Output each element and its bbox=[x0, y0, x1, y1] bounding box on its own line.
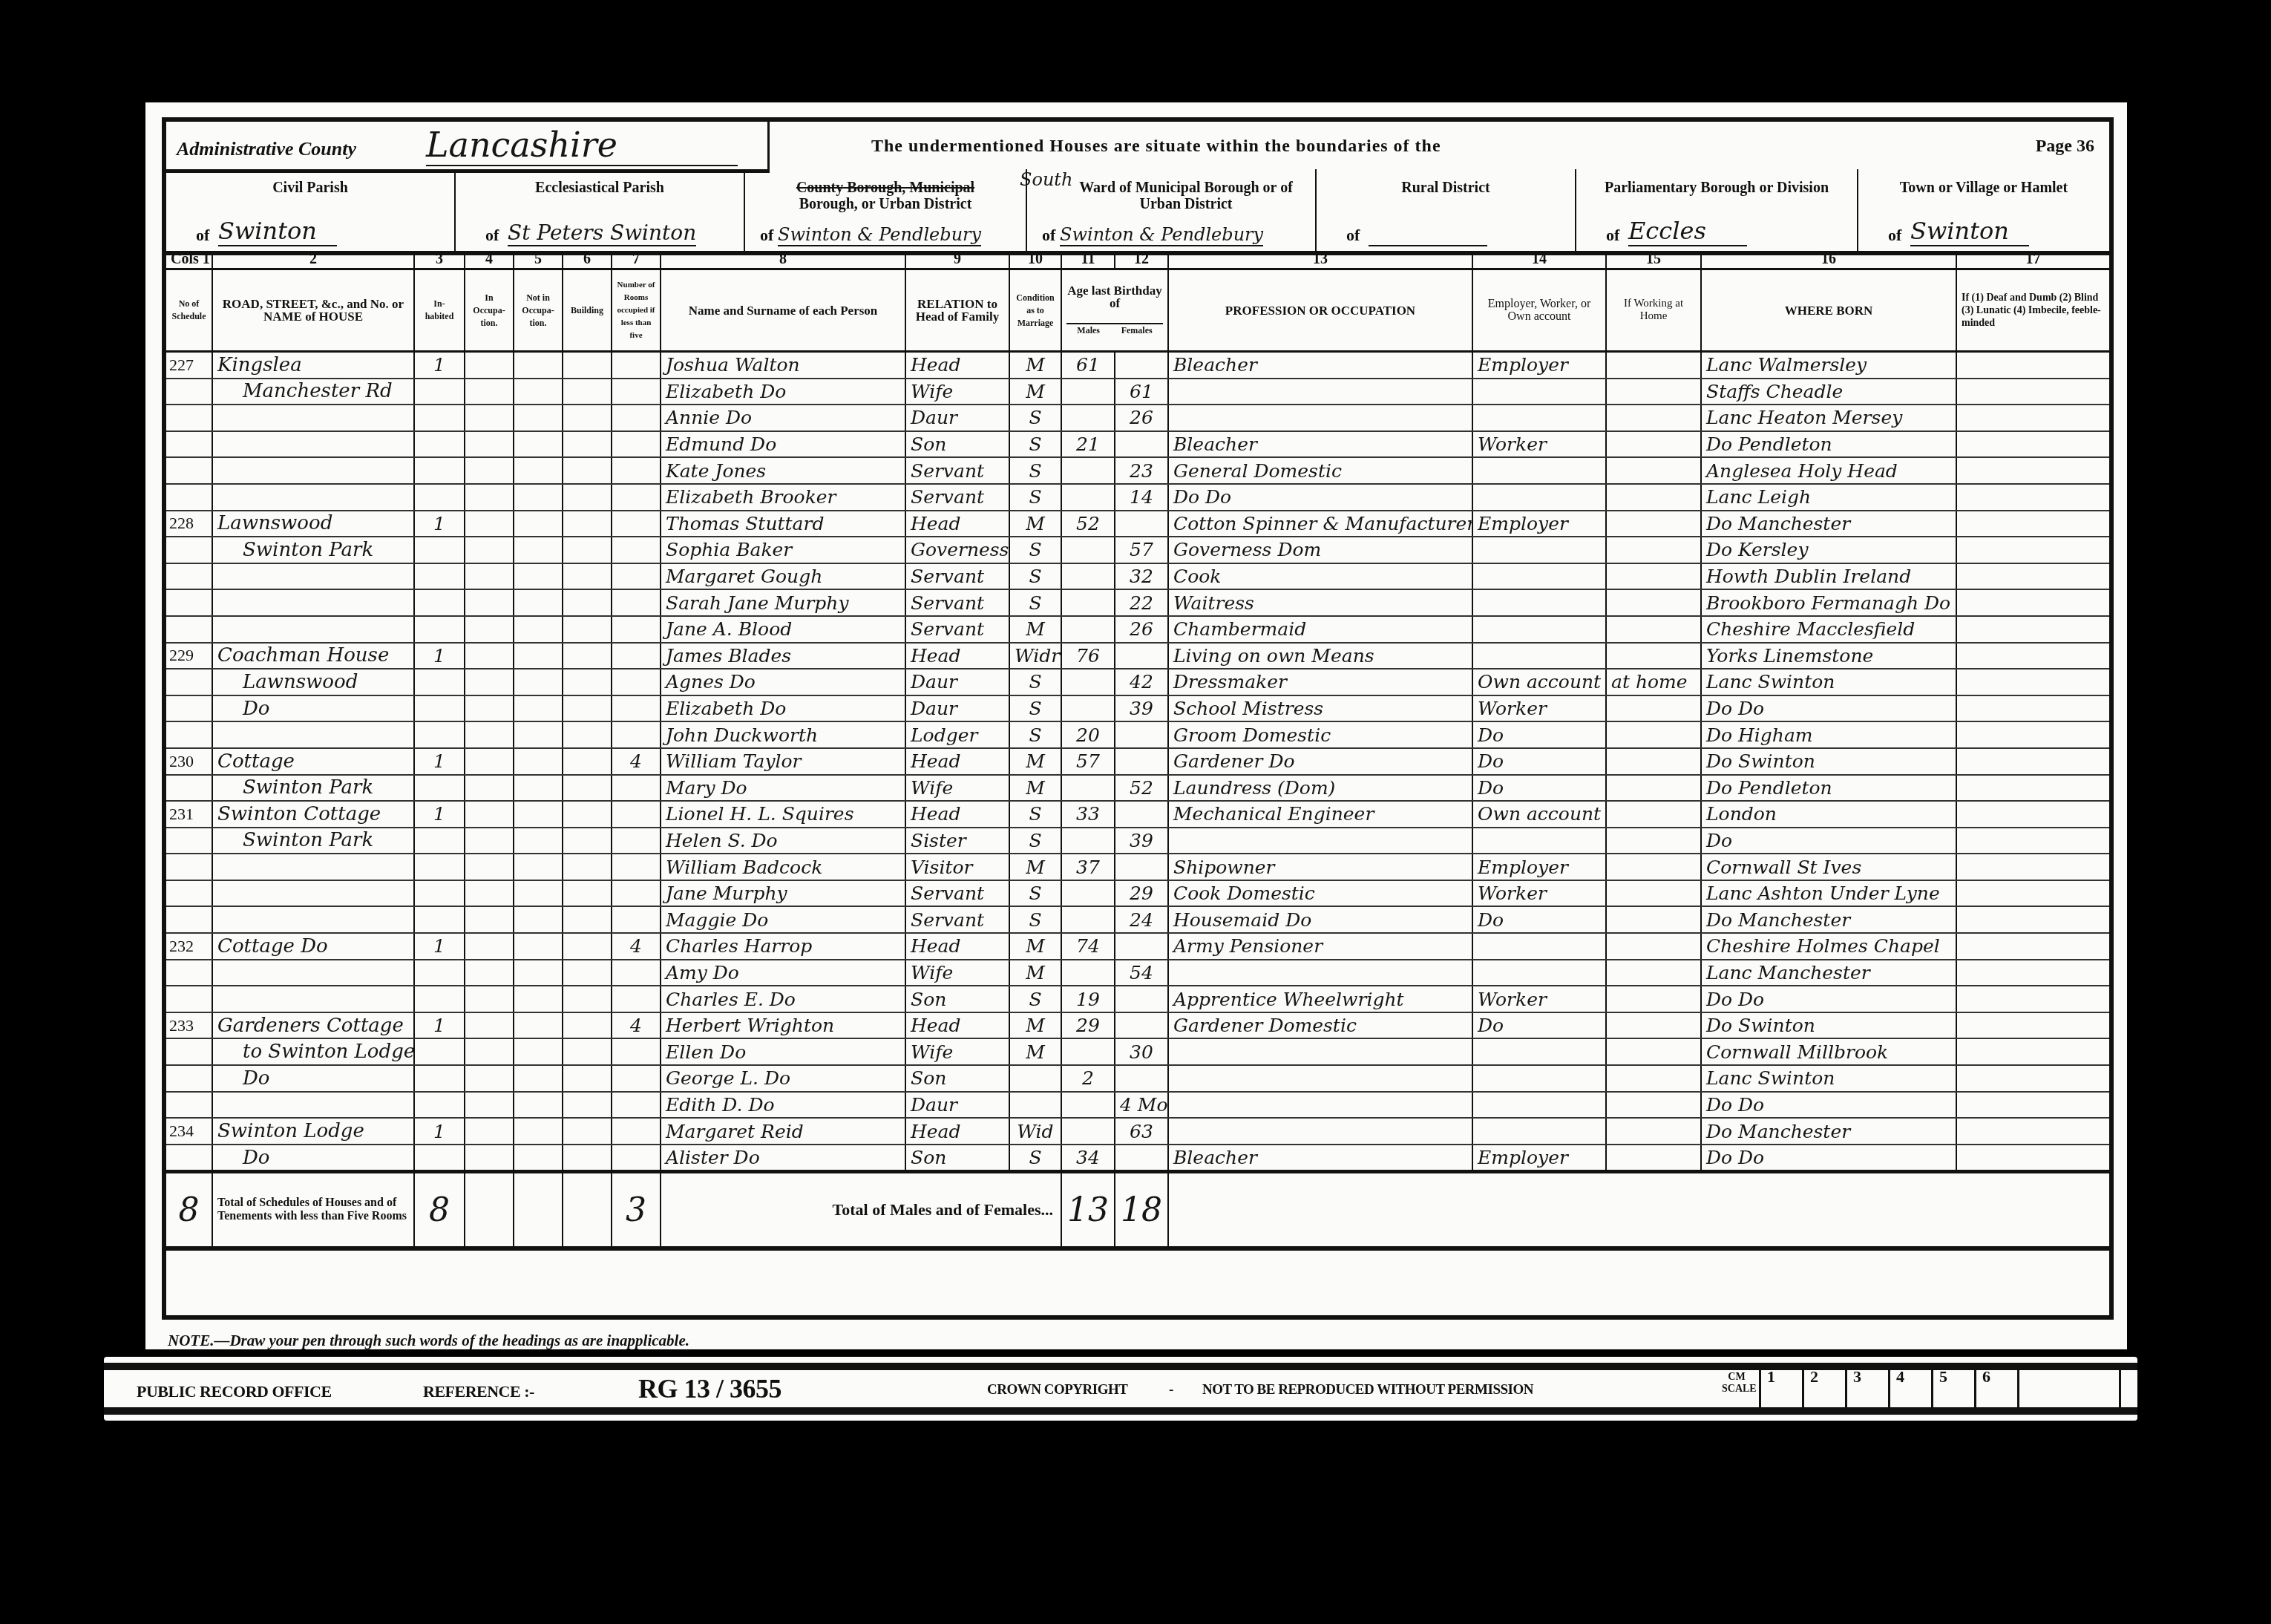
relation-cell: Son bbox=[905, 1145, 1009, 1172]
female-age-cell: 22 bbox=[1115, 589, 1168, 616]
born-cell: Lanc Heaton Mersey bbox=[1701, 405, 1956, 431]
schedule-cell bbox=[166, 775, 212, 802]
schedule-cell: 229 bbox=[166, 643, 212, 669]
male-age-cell: 29 bbox=[1061, 1012, 1115, 1039]
schedule-cell bbox=[166, 1065, 212, 1092]
employment-cell: Worker bbox=[1472, 695, 1606, 722]
empty-cell bbox=[465, 854, 514, 880]
occupation-cell: Laundress (Dom) bbox=[1168, 775, 1472, 802]
relation-cell: Servant bbox=[905, 457, 1009, 484]
address-cell: to Swinton Lodge bbox=[212, 1038, 414, 1065]
column-numbers-row: Cols 1234567891011121314151617 bbox=[166, 251, 2109, 269]
born-cell: Lanc Swinton bbox=[1701, 1065, 1956, 1092]
address-cell: Coachman House bbox=[212, 643, 414, 669]
schedule-cell bbox=[166, 616, 212, 643]
at-home-cell bbox=[1606, 405, 1701, 431]
infirmity-cell bbox=[1956, 695, 2109, 722]
employment-cell bbox=[1472, 1065, 1606, 1092]
schedule-cell bbox=[166, 431, 212, 458]
empty-cell bbox=[563, 828, 612, 854]
occupation-cell bbox=[1168, 379, 1472, 405]
empty-cell bbox=[465, 563, 514, 590]
male-age-cell bbox=[1061, 906, 1115, 933]
condition-cell: M bbox=[1009, 616, 1061, 643]
employment-cell bbox=[1472, 1118, 1606, 1145]
empty-cell bbox=[514, 828, 563, 854]
empty-cell bbox=[514, 1065, 563, 1092]
table-row: 230Cottage14William TaylorHeadM57Gardene… bbox=[166, 748, 2109, 775]
header-males: Males bbox=[1077, 324, 1100, 337]
condition-cell: M bbox=[1009, 1038, 1061, 1065]
empty-cell bbox=[465, 484, 514, 511]
male-age-cell bbox=[1061, 960, 1115, 986]
header-condition: Condition as to Marriage bbox=[1009, 269, 1061, 352]
empty-cell bbox=[514, 906, 563, 933]
male-age-cell: 19 bbox=[1061, 986, 1115, 1012]
rooms-cell bbox=[612, 1038, 661, 1065]
empty-cell bbox=[514, 405, 563, 431]
condition-cell: M bbox=[1009, 379, 1061, 405]
empty-cell bbox=[563, 721, 612, 748]
name-cell: Ellen Do bbox=[661, 1038, 905, 1065]
condition-cell: S bbox=[1009, 695, 1061, 722]
rooms-cell: 4 bbox=[612, 933, 661, 960]
table-row: Maggie DoServantS24Housemaid DoDoDo Manc… bbox=[166, 906, 2109, 933]
rural-district-cell: Rural District of bbox=[1317, 169, 1576, 251]
at-home-cell bbox=[1606, 748, 1701, 775]
empty-cell bbox=[465, 721, 514, 748]
table-row: 233Gardeners Cottage14Herbert WrightonHe… bbox=[166, 1012, 2109, 1039]
column-number: 16 bbox=[1701, 251, 1956, 269]
empty-cell bbox=[563, 854, 612, 880]
employment-cell bbox=[1472, 589, 1606, 616]
male-age-cell bbox=[1061, 1092, 1115, 1119]
empty-cell bbox=[514, 960, 563, 986]
table-row: 231Swinton Cottage1Lionel H. L. SquiresH… bbox=[166, 801, 2109, 828]
empty-cell bbox=[514, 748, 563, 775]
ecclesiastical-parish-cell: Ecclesiastical Parish of St Peters Swint… bbox=[456, 169, 745, 251]
schedule-cell bbox=[166, 537, 212, 563]
relation-cell: Daur bbox=[905, 695, 1009, 722]
empty-cell bbox=[514, 854, 563, 880]
at-home-cell bbox=[1606, 960, 1701, 986]
male-age-cell bbox=[1061, 1038, 1115, 1065]
occupation-cell bbox=[1168, 1118, 1472, 1145]
rooms-cell bbox=[612, 880, 661, 907]
male-age-cell bbox=[1061, 880, 1115, 907]
address-cell: Do bbox=[212, 695, 414, 722]
district-header: Civil Parish of Swinton Ecclesiastical P… bbox=[166, 169, 2109, 255]
empty-cell bbox=[465, 379, 514, 405]
table-row: DoElizabeth DoDaurS39School MistressWork… bbox=[166, 695, 2109, 722]
employment-cell bbox=[1472, 933, 1606, 960]
female-age-cell bbox=[1115, 352, 1168, 379]
employment-cell: Do bbox=[1472, 906, 1606, 933]
empty-cell bbox=[563, 960, 612, 986]
male-age-cell bbox=[1061, 405, 1115, 431]
total-males-females-label: Total of Males and of Females... bbox=[661, 1172, 1061, 1249]
female-age-cell: 26 bbox=[1115, 405, 1168, 431]
inhabited-cell bbox=[414, 880, 465, 907]
condition-cell: S bbox=[1009, 721, 1061, 748]
address-cell: Cottage bbox=[212, 748, 414, 775]
born-cell: Lanc Walmersley bbox=[1701, 352, 1956, 379]
schedule-cell bbox=[166, 986, 212, 1012]
inhabited-cell: 1 bbox=[414, 1012, 465, 1039]
occupation-cell: Cook Domestic bbox=[1168, 880, 1472, 907]
scale-mark: 5 bbox=[1931, 1367, 1974, 1410]
ward-value: Swinton & Pendlebury bbox=[1060, 224, 1263, 246]
infirmity-cell bbox=[1956, 457, 2109, 484]
condition-cell: S bbox=[1009, 484, 1061, 511]
administrative-county-label: Administrative County bbox=[177, 138, 356, 160]
schedule-cell bbox=[166, 880, 212, 907]
male-age-cell: 76 bbox=[1061, 643, 1115, 669]
scale-mark: 6 bbox=[1974, 1367, 2017, 1410]
address-cell: Lawnswood bbox=[212, 511, 414, 537]
struck-county-borough: County Borough, Municipal bbox=[796, 180, 974, 196]
empty-cell bbox=[563, 643, 612, 669]
urban-district-label: County Borough, MunicipalBorough, or Urb… bbox=[745, 180, 1026, 212]
employment-cell: Own account bbox=[1472, 801, 1606, 828]
civil-parish-label: Civil Parish bbox=[166, 180, 454, 196]
rooms-cell bbox=[612, 695, 661, 722]
female-age-cell: 32 bbox=[1115, 563, 1168, 590]
male-age-cell: 52 bbox=[1061, 511, 1115, 537]
employment-cell bbox=[1472, 537, 1606, 563]
column-number: 5 bbox=[514, 251, 563, 269]
inhabited-cell bbox=[414, 854, 465, 880]
infirmity-cell bbox=[1956, 484, 2109, 511]
at-home-cell bbox=[1606, 352, 1701, 379]
total-males: 13 bbox=[1061, 1172, 1115, 1249]
empty-cell bbox=[563, 1145, 612, 1172]
rooms-cell bbox=[612, 537, 661, 563]
table-row: Kate JonesServantS23General DomesticAngl… bbox=[166, 457, 2109, 484]
empty-cell bbox=[465, 1118, 514, 1145]
female-age-cell: 42 bbox=[1115, 669, 1168, 695]
born-cell: Do Swinton bbox=[1701, 748, 1956, 775]
empty-cell bbox=[514, 589, 563, 616]
born-cell: Do bbox=[1701, 828, 1956, 854]
male-age-cell: 61 bbox=[1061, 352, 1115, 379]
column-number: 17 bbox=[1956, 251, 2109, 269]
born-cell: Lanc Leigh bbox=[1701, 484, 1956, 511]
empty-cell bbox=[465, 537, 514, 563]
empty-cell bbox=[563, 379, 612, 405]
schedule-cell bbox=[166, 1092, 212, 1119]
occupation-cell: Bleacher bbox=[1168, 431, 1472, 458]
at-home-cell bbox=[1606, 616, 1701, 643]
column-number: 13 bbox=[1168, 251, 1472, 269]
infirmity-cell bbox=[1956, 379, 2109, 405]
town-village-of: of bbox=[1888, 226, 1901, 245]
born-cell: Cheshire Holmes Chapel bbox=[1701, 933, 1956, 960]
empty-cell bbox=[563, 775, 612, 802]
born-cell: Do Kersley bbox=[1701, 537, 1956, 563]
at-home-cell bbox=[1606, 563, 1701, 590]
address-cell bbox=[212, 484, 414, 511]
at-home-cell bbox=[1606, 379, 1701, 405]
column-number: 8 bbox=[661, 251, 905, 269]
occupation-cell: General Domestic bbox=[1168, 457, 1472, 484]
empty-cell bbox=[465, 828, 514, 854]
table-row: John DuckworthLodgerS20Groom DomesticDoD… bbox=[166, 721, 2109, 748]
rural-district-label: Rural District bbox=[1317, 180, 1575, 196]
empty-cell bbox=[514, 457, 563, 484]
header-relation: RELATION to Head of Family bbox=[905, 269, 1009, 352]
born-cell: Staffs Cheadle bbox=[1701, 379, 1956, 405]
address-cell bbox=[212, 405, 414, 431]
empty-cell bbox=[465, 511, 514, 537]
occupation-cell: Gardener Domestic bbox=[1168, 1012, 1472, 1039]
condition-cell: S bbox=[1009, 828, 1061, 854]
empty-cell bbox=[514, 880, 563, 907]
occupation-cell: Waitress bbox=[1168, 589, 1472, 616]
table-row: William BadcockVisitorM37ShipownerEmploy… bbox=[166, 854, 2109, 880]
rural-district-value bbox=[1369, 245, 1487, 246]
table-row: Swinton ParkMary DoWifeM52Laundress (Dom… bbox=[166, 775, 2109, 802]
empty-cell bbox=[465, 986, 514, 1012]
empty-cell bbox=[563, 589, 612, 616]
condition-cell: M bbox=[1009, 1012, 1061, 1039]
relation-cell: Daur bbox=[905, 669, 1009, 695]
condition-cell bbox=[1009, 1092, 1061, 1119]
empty-cell bbox=[465, 643, 514, 669]
schedule-cell bbox=[166, 828, 212, 854]
relation-cell: Wife bbox=[905, 379, 1009, 405]
schedule-cell bbox=[166, 484, 212, 511]
infirmity-cell bbox=[1956, 1145, 2109, 1172]
condition-cell: S bbox=[1009, 880, 1061, 907]
relation-cell: Sister bbox=[905, 828, 1009, 854]
condition-cell: Widr bbox=[1009, 643, 1061, 669]
occupation-cell: Governess Dom bbox=[1168, 537, 1472, 563]
employment-cell bbox=[1472, 960, 1606, 986]
male-age-cell bbox=[1061, 828, 1115, 854]
occupation-cell bbox=[1168, 1038, 1472, 1065]
address-cell: Cottage Do bbox=[212, 933, 414, 960]
relation-cell: Head bbox=[905, 801, 1009, 828]
employment-cell: Do bbox=[1472, 1012, 1606, 1039]
employment-cell bbox=[1472, 828, 1606, 854]
female-age-cell: 4 Mo bbox=[1115, 1092, 1168, 1119]
relation-cell: Head bbox=[905, 1012, 1009, 1039]
female-age-cell: 52 bbox=[1115, 775, 1168, 802]
table-row: DoAlister DoSonS34BleacherEmployerDo Do bbox=[166, 1145, 2109, 1172]
empty-cell bbox=[514, 352, 563, 379]
total-not-in-occupation bbox=[514, 1172, 563, 1249]
footer-reference-label: REFERENCE :- bbox=[423, 1382, 534, 1401]
header-infirmity: If (1) Deaf and Dumb (2) Blind (3) Lunat… bbox=[1956, 269, 2109, 352]
female-age-cell bbox=[1115, 1145, 1168, 1172]
scale-mark: 2 bbox=[1802, 1367, 1845, 1410]
employment-cell bbox=[1472, 379, 1606, 405]
inhabited-cell: 1 bbox=[414, 801, 465, 828]
rooms-cell bbox=[612, 669, 661, 695]
occupation-cell: Apprentice Wheelwright bbox=[1168, 986, 1472, 1012]
inhabited-cell bbox=[414, 431, 465, 458]
condition-cell: M bbox=[1009, 960, 1061, 986]
total-schedules-label: Total of Schedules of Houses and of Tene… bbox=[212, 1172, 414, 1249]
at-home-cell bbox=[1606, 828, 1701, 854]
header-females: Females bbox=[1121, 324, 1153, 337]
address-cell bbox=[212, 906, 414, 933]
condition-cell: S bbox=[1009, 537, 1061, 563]
condition-cell: M bbox=[1009, 775, 1061, 802]
rooms-cell: 4 bbox=[612, 748, 661, 775]
empty-cell bbox=[563, 1038, 612, 1065]
name-cell: George L. Do bbox=[661, 1065, 905, 1092]
occupation-cell: Dressmaker bbox=[1168, 669, 1472, 695]
infirmity-cell bbox=[1956, 775, 2109, 802]
employment-cell: Do bbox=[1472, 748, 1606, 775]
header-inhabited: In-habited bbox=[414, 269, 465, 352]
employment-cell: Employer bbox=[1472, 1145, 1606, 1172]
address-cell bbox=[212, 589, 414, 616]
born-cell: Cornwall Millbrook bbox=[1701, 1038, 1956, 1065]
occupation-cell bbox=[1168, 405, 1472, 431]
inhabited-cell bbox=[414, 589, 465, 616]
condition-cell: S bbox=[1009, 563, 1061, 590]
name-cell: Lionel H. L. Squires bbox=[661, 801, 905, 828]
schedule-cell bbox=[166, 405, 212, 431]
rooms-cell bbox=[612, 775, 661, 802]
infirmity-cell bbox=[1956, 880, 2109, 907]
infirmity-cell bbox=[1956, 405, 2109, 431]
infirmity-cell bbox=[1956, 828, 2109, 854]
relation-cell: Head bbox=[905, 1118, 1009, 1145]
rooms-cell bbox=[612, 854, 661, 880]
infirmity-cell bbox=[1956, 616, 2109, 643]
empty-cell bbox=[563, 906, 612, 933]
address-cell bbox=[212, 854, 414, 880]
condition-cell: S bbox=[1009, 405, 1061, 431]
infirmity-cell bbox=[1956, 1092, 2109, 1119]
female-age-cell: 14 bbox=[1115, 484, 1168, 511]
empty-cell bbox=[563, 352, 612, 379]
male-age-cell bbox=[1061, 616, 1115, 643]
empty-cell bbox=[465, 695, 514, 722]
condition-cell: S bbox=[1009, 431, 1061, 458]
urban-district-of: of bbox=[760, 226, 773, 245]
female-age-cell bbox=[1115, 511, 1168, 537]
schedule-cell: 227 bbox=[166, 352, 212, 379]
empty-cell bbox=[465, 906, 514, 933]
at-home-cell bbox=[1606, 1118, 1701, 1145]
male-age-cell bbox=[1061, 457, 1115, 484]
inhabited-cell bbox=[414, 669, 465, 695]
table-row: Edmund DoSonS21BleacherWorkerDo Pendleto… bbox=[166, 431, 2109, 458]
address-cell bbox=[212, 721, 414, 748]
table-row: Amy DoWifeM54Lanc Manchester bbox=[166, 960, 2109, 986]
header-building: Building bbox=[563, 269, 612, 352]
empty-cell bbox=[563, 511, 612, 537]
scale-mark: 1 bbox=[1759, 1367, 1802, 1410]
header-address: ROAD, STREET, &c., and No. or NAME of HO… bbox=[212, 269, 414, 352]
schedule-cell: 230 bbox=[166, 748, 212, 775]
table-row: Jane A. BloodServantM26ChambermaidCheshi… bbox=[166, 616, 2109, 643]
empty-cell bbox=[465, 880, 514, 907]
infirmity-cell bbox=[1956, 1065, 2109, 1092]
name-cell: Margaret Reid bbox=[661, 1118, 905, 1145]
empty-cell bbox=[563, 431, 612, 458]
female-age-cell bbox=[1115, 854, 1168, 880]
female-age-cell: 29 bbox=[1115, 880, 1168, 907]
name-cell: Annie Do bbox=[661, 405, 905, 431]
condition-cell: S bbox=[1009, 669, 1061, 695]
relation-cell: Head bbox=[905, 748, 1009, 775]
empty-cell bbox=[563, 748, 612, 775]
infirmity-cell bbox=[1956, 352, 2109, 379]
employment-cell bbox=[1472, 405, 1606, 431]
employment-cell: Worker bbox=[1472, 431, 1606, 458]
form-note: NOTE.—Draw your pen through such words o… bbox=[168, 1332, 689, 1350]
male-age-cell: 74 bbox=[1061, 933, 1115, 960]
empty-cell bbox=[563, 537, 612, 563]
rooms-cell bbox=[612, 457, 661, 484]
header-not-in-occupation: Not in Occupa-tion. bbox=[514, 269, 563, 352]
at-home-cell bbox=[1606, 1038, 1701, 1065]
born-cell: Do Manchester bbox=[1701, 511, 1956, 537]
schedule-cell bbox=[166, 960, 212, 986]
empty-cell bbox=[514, 775, 563, 802]
inhabited-cell: 1 bbox=[414, 933, 465, 960]
female-age-cell: 39 bbox=[1115, 695, 1168, 722]
column-number: Cols 1 bbox=[166, 251, 212, 269]
column-number: 11 bbox=[1061, 251, 1115, 269]
table-row: Margaret GoughServantS32CookHowth Dublin… bbox=[166, 563, 2109, 590]
empty-cell bbox=[563, 484, 612, 511]
address-cell: Swinton Lodge bbox=[212, 1118, 414, 1145]
address-cell bbox=[212, 986, 414, 1012]
ecclesiastical-parish-label: Ecclesiastical Parish bbox=[456, 180, 744, 196]
occupation-cell: Gardener Do bbox=[1168, 748, 1472, 775]
at-home-cell bbox=[1606, 537, 1701, 563]
female-age-cell bbox=[1115, 1065, 1168, 1092]
inhabited-cell bbox=[414, 405, 465, 431]
employment-cell bbox=[1472, 1092, 1606, 1119]
occupation-cell: Mechanical Engineer bbox=[1168, 801, 1472, 828]
born-cell: London bbox=[1701, 801, 1956, 828]
relation-cell: Wife bbox=[905, 1038, 1009, 1065]
relation-cell: Servant bbox=[905, 880, 1009, 907]
name-cell: Kate Jones bbox=[661, 457, 905, 484]
administrative-county-value: Lancashire bbox=[426, 125, 738, 166]
table-row: 234Swinton Lodge1Margaret ReidHeadWid63D… bbox=[166, 1118, 2109, 1145]
empty-cell bbox=[514, 986, 563, 1012]
ward-cell: South Ward of Municipal Borough or of Ur… bbox=[1027, 169, 1317, 251]
column-number: 12 bbox=[1115, 251, 1168, 269]
employment-cell: Do bbox=[1472, 721, 1606, 748]
empty-cell bbox=[465, 589, 514, 616]
column-number: 4 bbox=[465, 251, 514, 269]
schedule-cell: 232 bbox=[166, 933, 212, 960]
born-cell: Cheshire Macclesfield bbox=[1701, 616, 1956, 643]
female-age-cell: 61 bbox=[1115, 379, 1168, 405]
schedule-cell: 231 bbox=[166, 801, 212, 828]
relation-cell: Governess bbox=[905, 537, 1009, 563]
female-age-cell bbox=[1115, 1012, 1168, 1039]
empty-cell bbox=[514, 1118, 563, 1145]
infirmity-cell bbox=[1956, 801, 2109, 828]
infirmity-cell bbox=[1956, 563, 2109, 590]
rooms-cell bbox=[612, 379, 661, 405]
name-cell: Elizabeth Do bbox=[661, 695, 905, 722]
schedule-cell bbox=[166, 669, 212, 695]
at-home-cell bbox=[1606, 589, 1701, 616]
condition-cell: S bbox=[1009, 801, 1061, 828]
